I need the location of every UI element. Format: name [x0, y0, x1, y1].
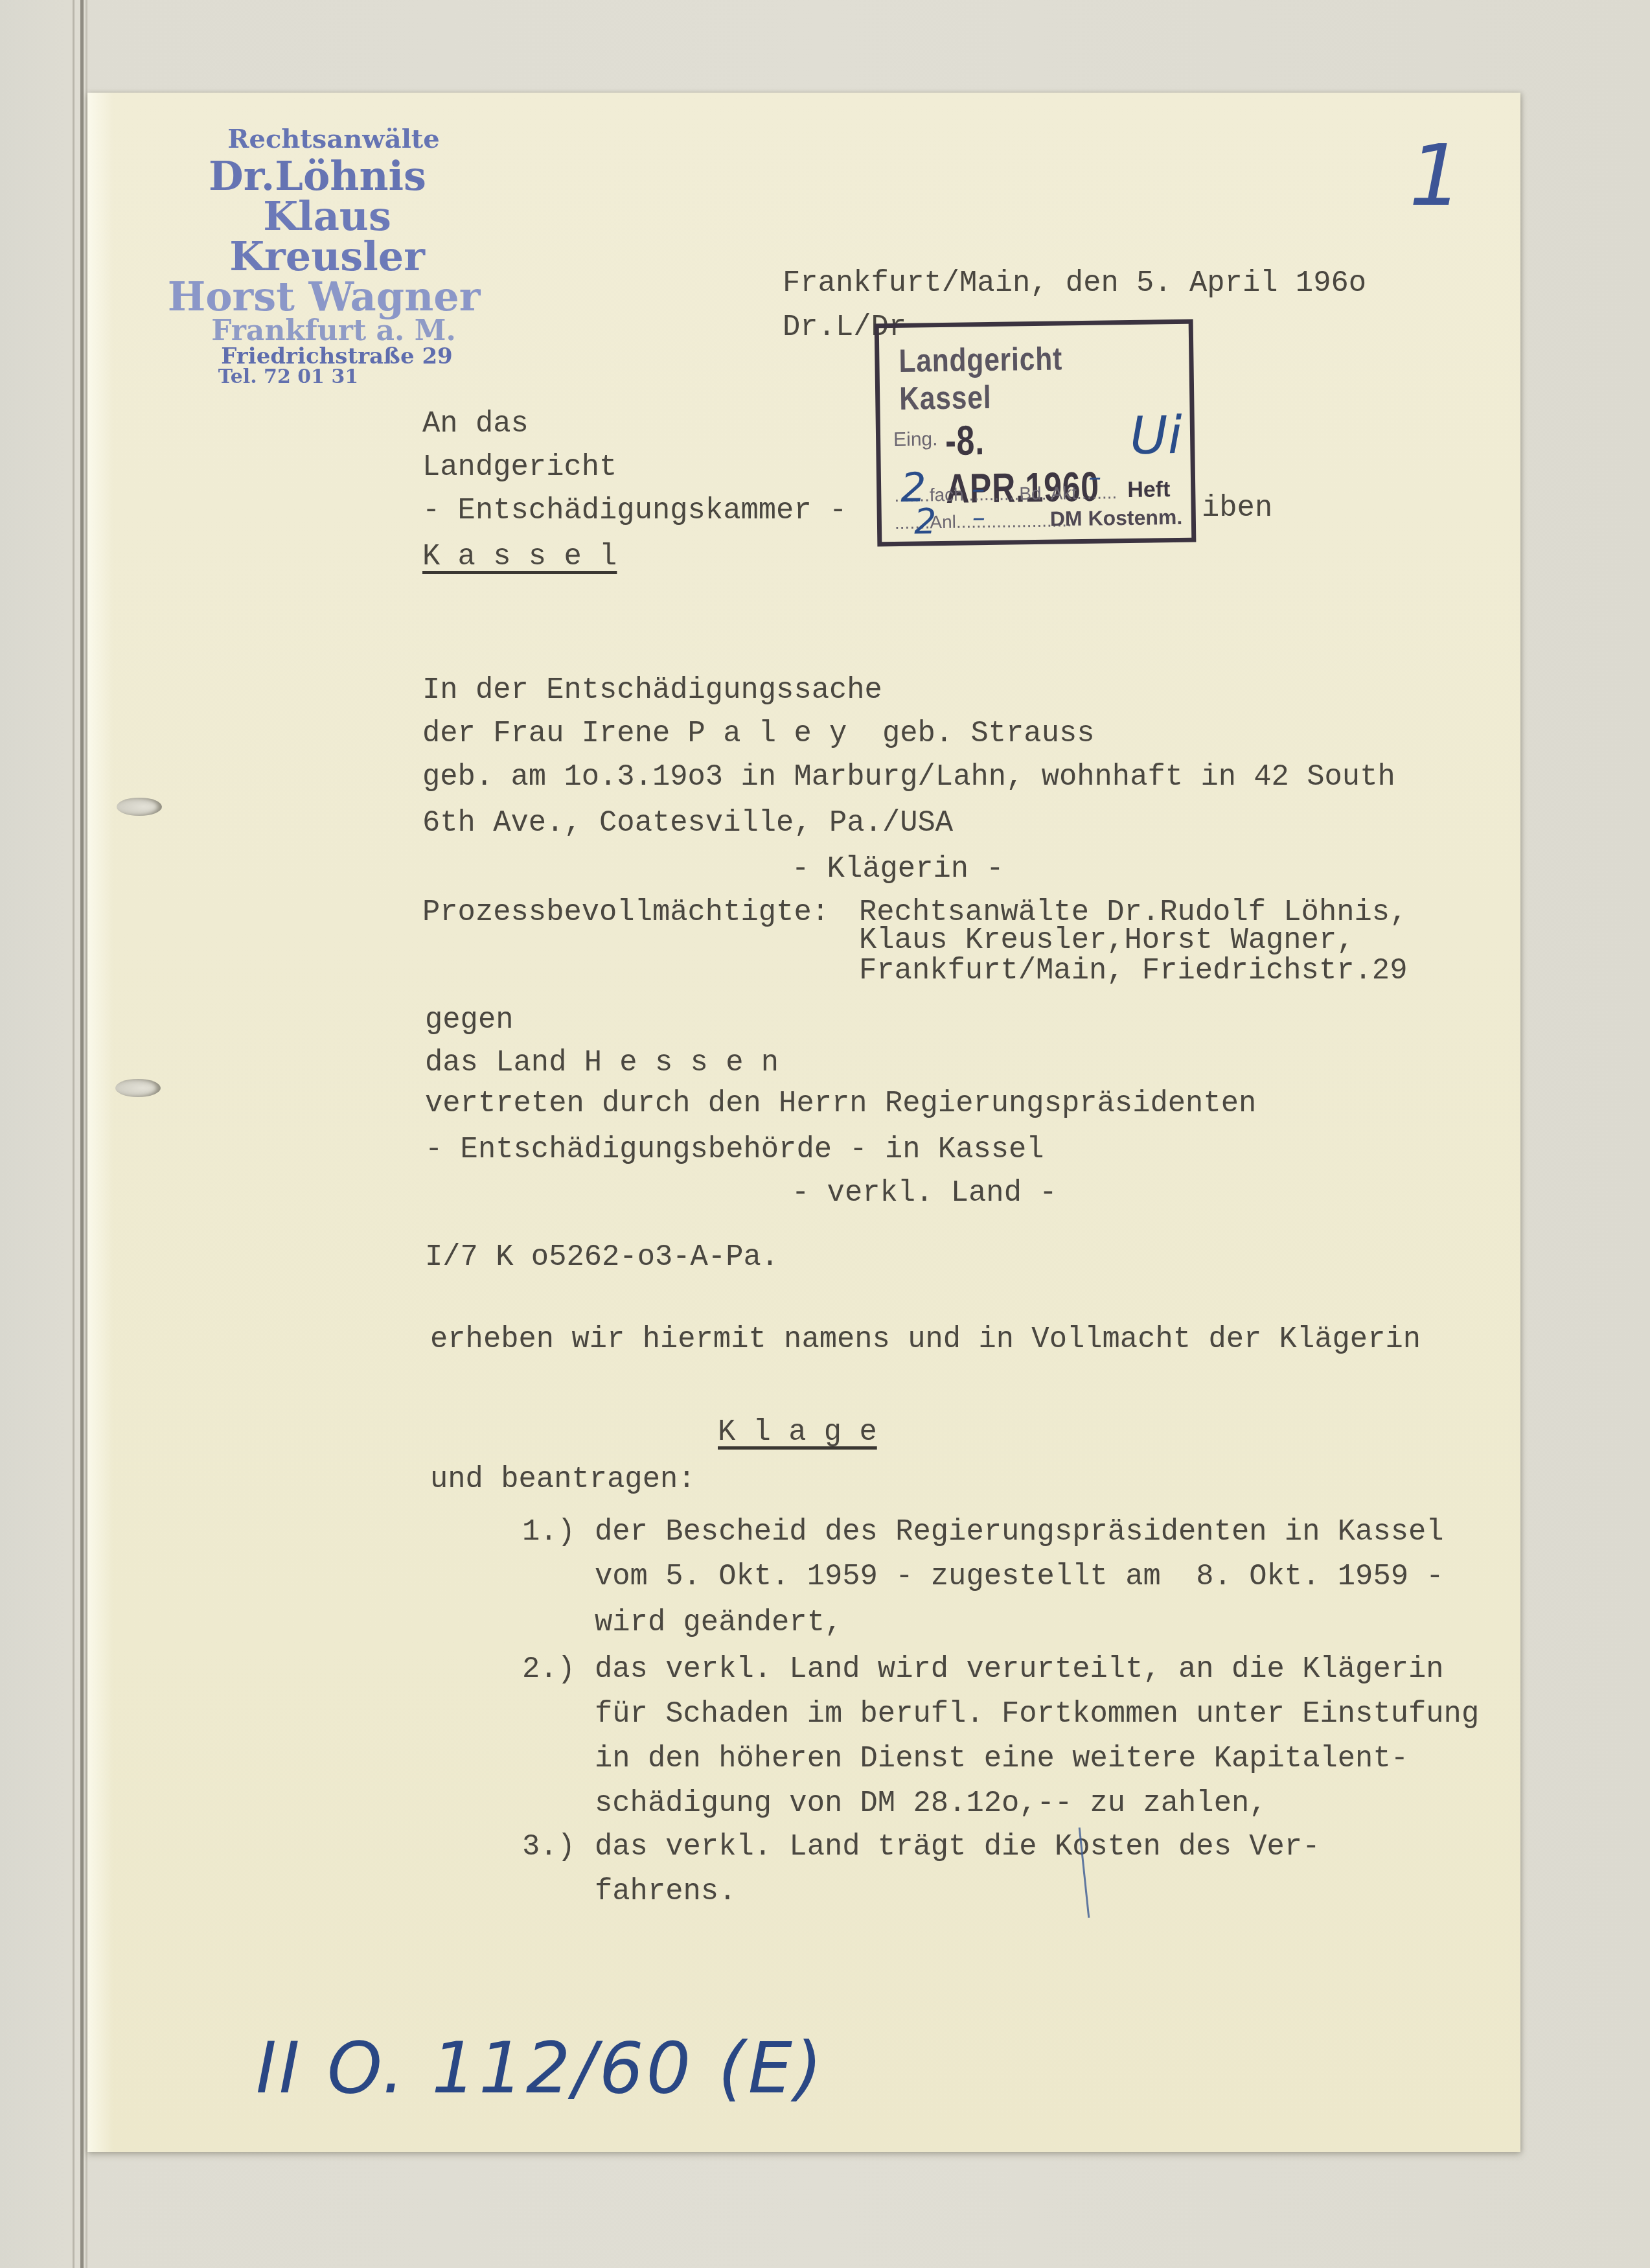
handwritten-dash: –: [972, 474, 985, 504]
defendant-line: das Land H e s s e n: [425, 1047, 779, 1079]
handwritten-initials: Ui: [1129, 405, 1182, 466]
file-number: I/7 K o5262-o3-A-Pa.: [425, 1241, 779, 1273]
request-line: wird geändert,: [595, 1606, 842, 1639]
sleeve-edge: [80, 0, 84, 2268]
request-line: der Bescheid des Regierungspräsidenten i…: [595, 1516, 1444, 1548]
firm-stamp-line: Dr.Löhnis: [139, 156, 496, 196]
delivery-note: iben: [1202, 492, 1272, 524]
request-number: 3.): [522, 1831, 575, 1863]
handwritten-count: 2: [913, 501, 936, 542]
handwritten-dash: –: [1088, 463, 1102, 492]
firm-stamp-line: Rechtsanwälte: [172, 126, 496, 152]
punch-hole: [115, 1079, 161, 1097]
case-line: geb. am 1o.3.19o3 in Marburg/Lahn, wohnh…: [422, 761, 1395, 793]
case-line: In der Entschädigungssache: [422, 674, 882, 706]
address-line: An das: [422, 408, 529, 440]
court-stamp-eing-label: Eing.: [893, 428, 938, 451]
place-date: Frankfurt/Main, den 5. April 196o: [783, 267, 1366, 299]
counsel-line: Frankfurt/Main, Friedrichstr.29: [859, 955, 1407, 987]
court-stamp-title: Landgericht Kassel: [899, 339, 1146, 417]
complaint-heading: K l a g e: [718, 1416, 877, 1448]
firm-stamp-line: Frankfurt a. M.: [172, 317, 496, 345]
request-line: vom 5. Okt. 1959 - zugestellt am 8. Okt.…: [595, 1560, 1444, 1593]
court-receipt-stamp: Landgericht Kassel Eing. -8. APR.1960 ..…: [875, 319, 1197, 547]
handwritten-case-number: II O. 112/60 (E): [256, 2028, 825, 2109]
handwritten-page-number: 1: [1409, 126, 1463, 225]
handwritten-dash: –: [972, 503, 986, 533]
firm-stamp-line: Klaus Kreusler: [159, 196, 496, 277]
defendant-role: - verkl. Land -: [792, 1177, 1057, 1209]
firm-stamp-line: Horst Wagner: [152, 277, 496, 317]
request-number: 2.): [522, 1653, 575, 1685]
punch-hole: [117, 798, 162, 816]
address-city: K a s s e l: [422, 540, 617, 573]
request-number: 1.): [522, 1516, 575, 1548]
request-line: in den höheren Dienst eine weitere Kapit…: [595, 1742, 1408, 1775]
request-line: das verkl. Land wird verurteilt, an die …: [595, 1653, 1444, 1685]
court-stamp-kosten-label: DM Kostenm.: [1050, 505, 1183, 531]
case-line: der Frau Irene P a l e y geb. Strauss: [422, 717, 1095, 750]
address-line: - Entschädigungskammer -: [422, 494, 847, 527]
firm-stamp-line: Tel. 72 01 31: [81, 367, 496, 387]
defendant-line: vertreten durch den Herrn Regierungspräs…: [425, 1087, 1256, 1120]
defendant-line: - Entschädigungsbehörde - in Kassel: [425, 1133, 1044, 1166]
request-line: fahrens.: [595, 1875, 736, 1908]
sleeve-edge: [73, 0, 74, 2268]
against-label: gegen: [425, 1004, 514, 1036]
court-stamp-heft-label: Heft: [1127, 477, 1171, 503]
request-line: für Schaden im berufl. Fortkommen unter …: [595, 1698, 1479, 1730]
law-firm-stamp: Rechtsanwälte Dr.Löhnis Klaus Kreusler H…: [133, 126, 496, 387]
counsel-label: Prozessbevollmächtigte:: [422, 896, 829, 929]
request-intro: und beantragen:: [430, 1463, 696, 1496]
counsel-line: Klaus Kreusler,Horst Wagner,: [859, 924, 1355, 956]
firm-stamp-line: Friedrichstraße 29: [178, 345, 496, 367]
plaintiff-role: - Klägerin -: [792, 853, 1004, 885]
request-line: schädigung von DM 28.12o,-- zu zahlen,: [595, 1787, 1267, 1820]
body-intro: erheben wir hiermit namens und in Vollma…: [430, 1323, 1421, 1356]
request-line: das verkl. Land trägt die Kosten des Ver…: [595, 1831, 1320, 1863]
address-line: Landgericht: [422, 451, 617, 483]
case-line: 6th Ave., Coatesville, Pa./USA: [422, 807, 953, 839]
